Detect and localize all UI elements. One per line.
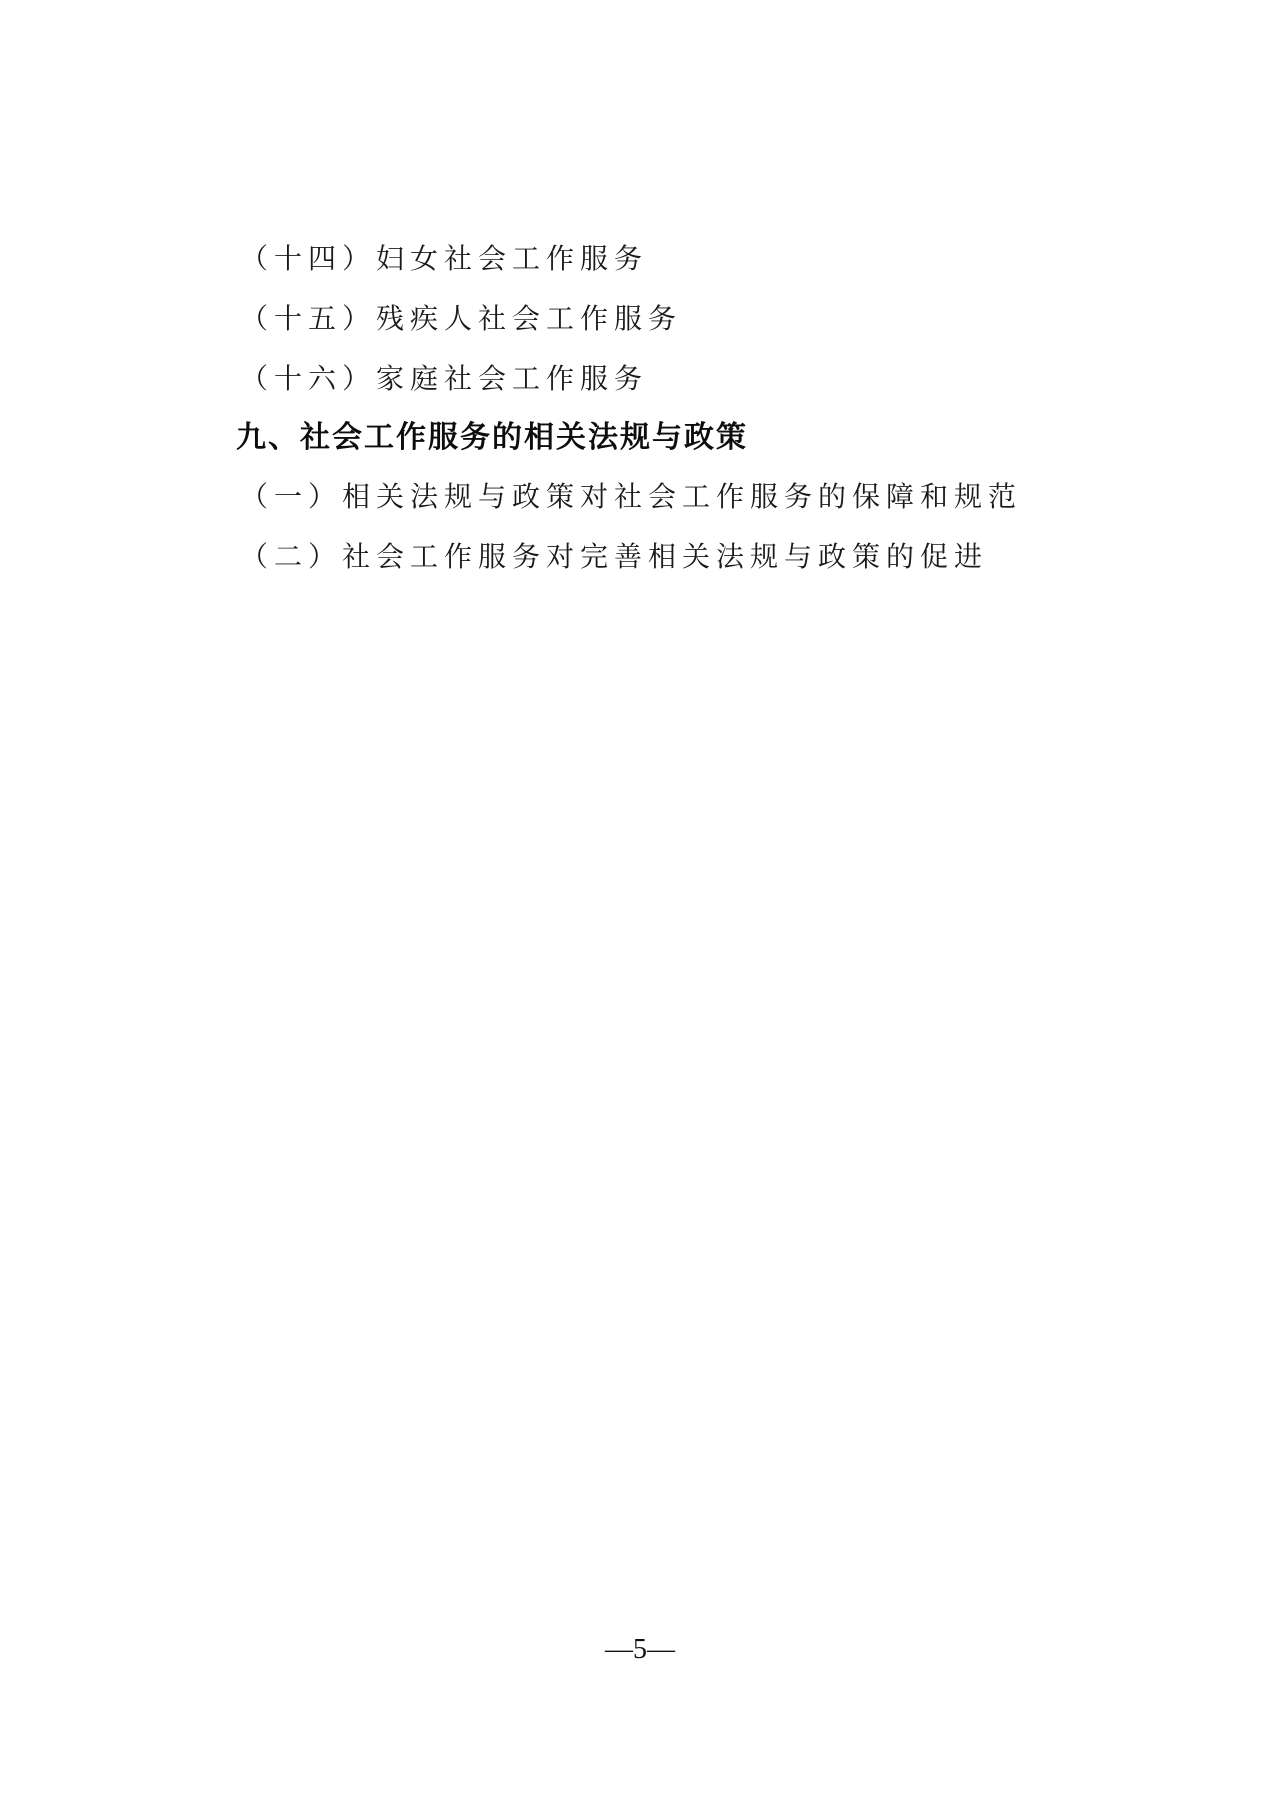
subsection-promotion-of-policies: （二）社会工作服务对完善相关法规与政策的促进 <box>240 537 988 577</box>
section-heading-regulations-policies: 九、社会工作服务的相关法规与政策 <box>236 418 748 458</box>
subsection-womens-social-work: （十四）妇女社会工作服务 <box>240 239 648 279</box>
subsection-family-social-work: （十六）家庭社会工作服务 <box>240 359 648 399</box>
subsection-guarantee-and-regulation: （一）相关法规与政策对社会工作服务的保障和规范 <box>240 477 1022 517</box>
subsection-disabled-social-work: （十五）残疾人社会工作服务 <box>240 299 682 339</box>
page-number: —5— <box>0 1632 1280 1668</box>
document-page: （十四）妇女社会工作服务 （十五）残疾人社会工作服务 （十六）家庭社会工作服务 … <box>0 0 1280 1810</box>
